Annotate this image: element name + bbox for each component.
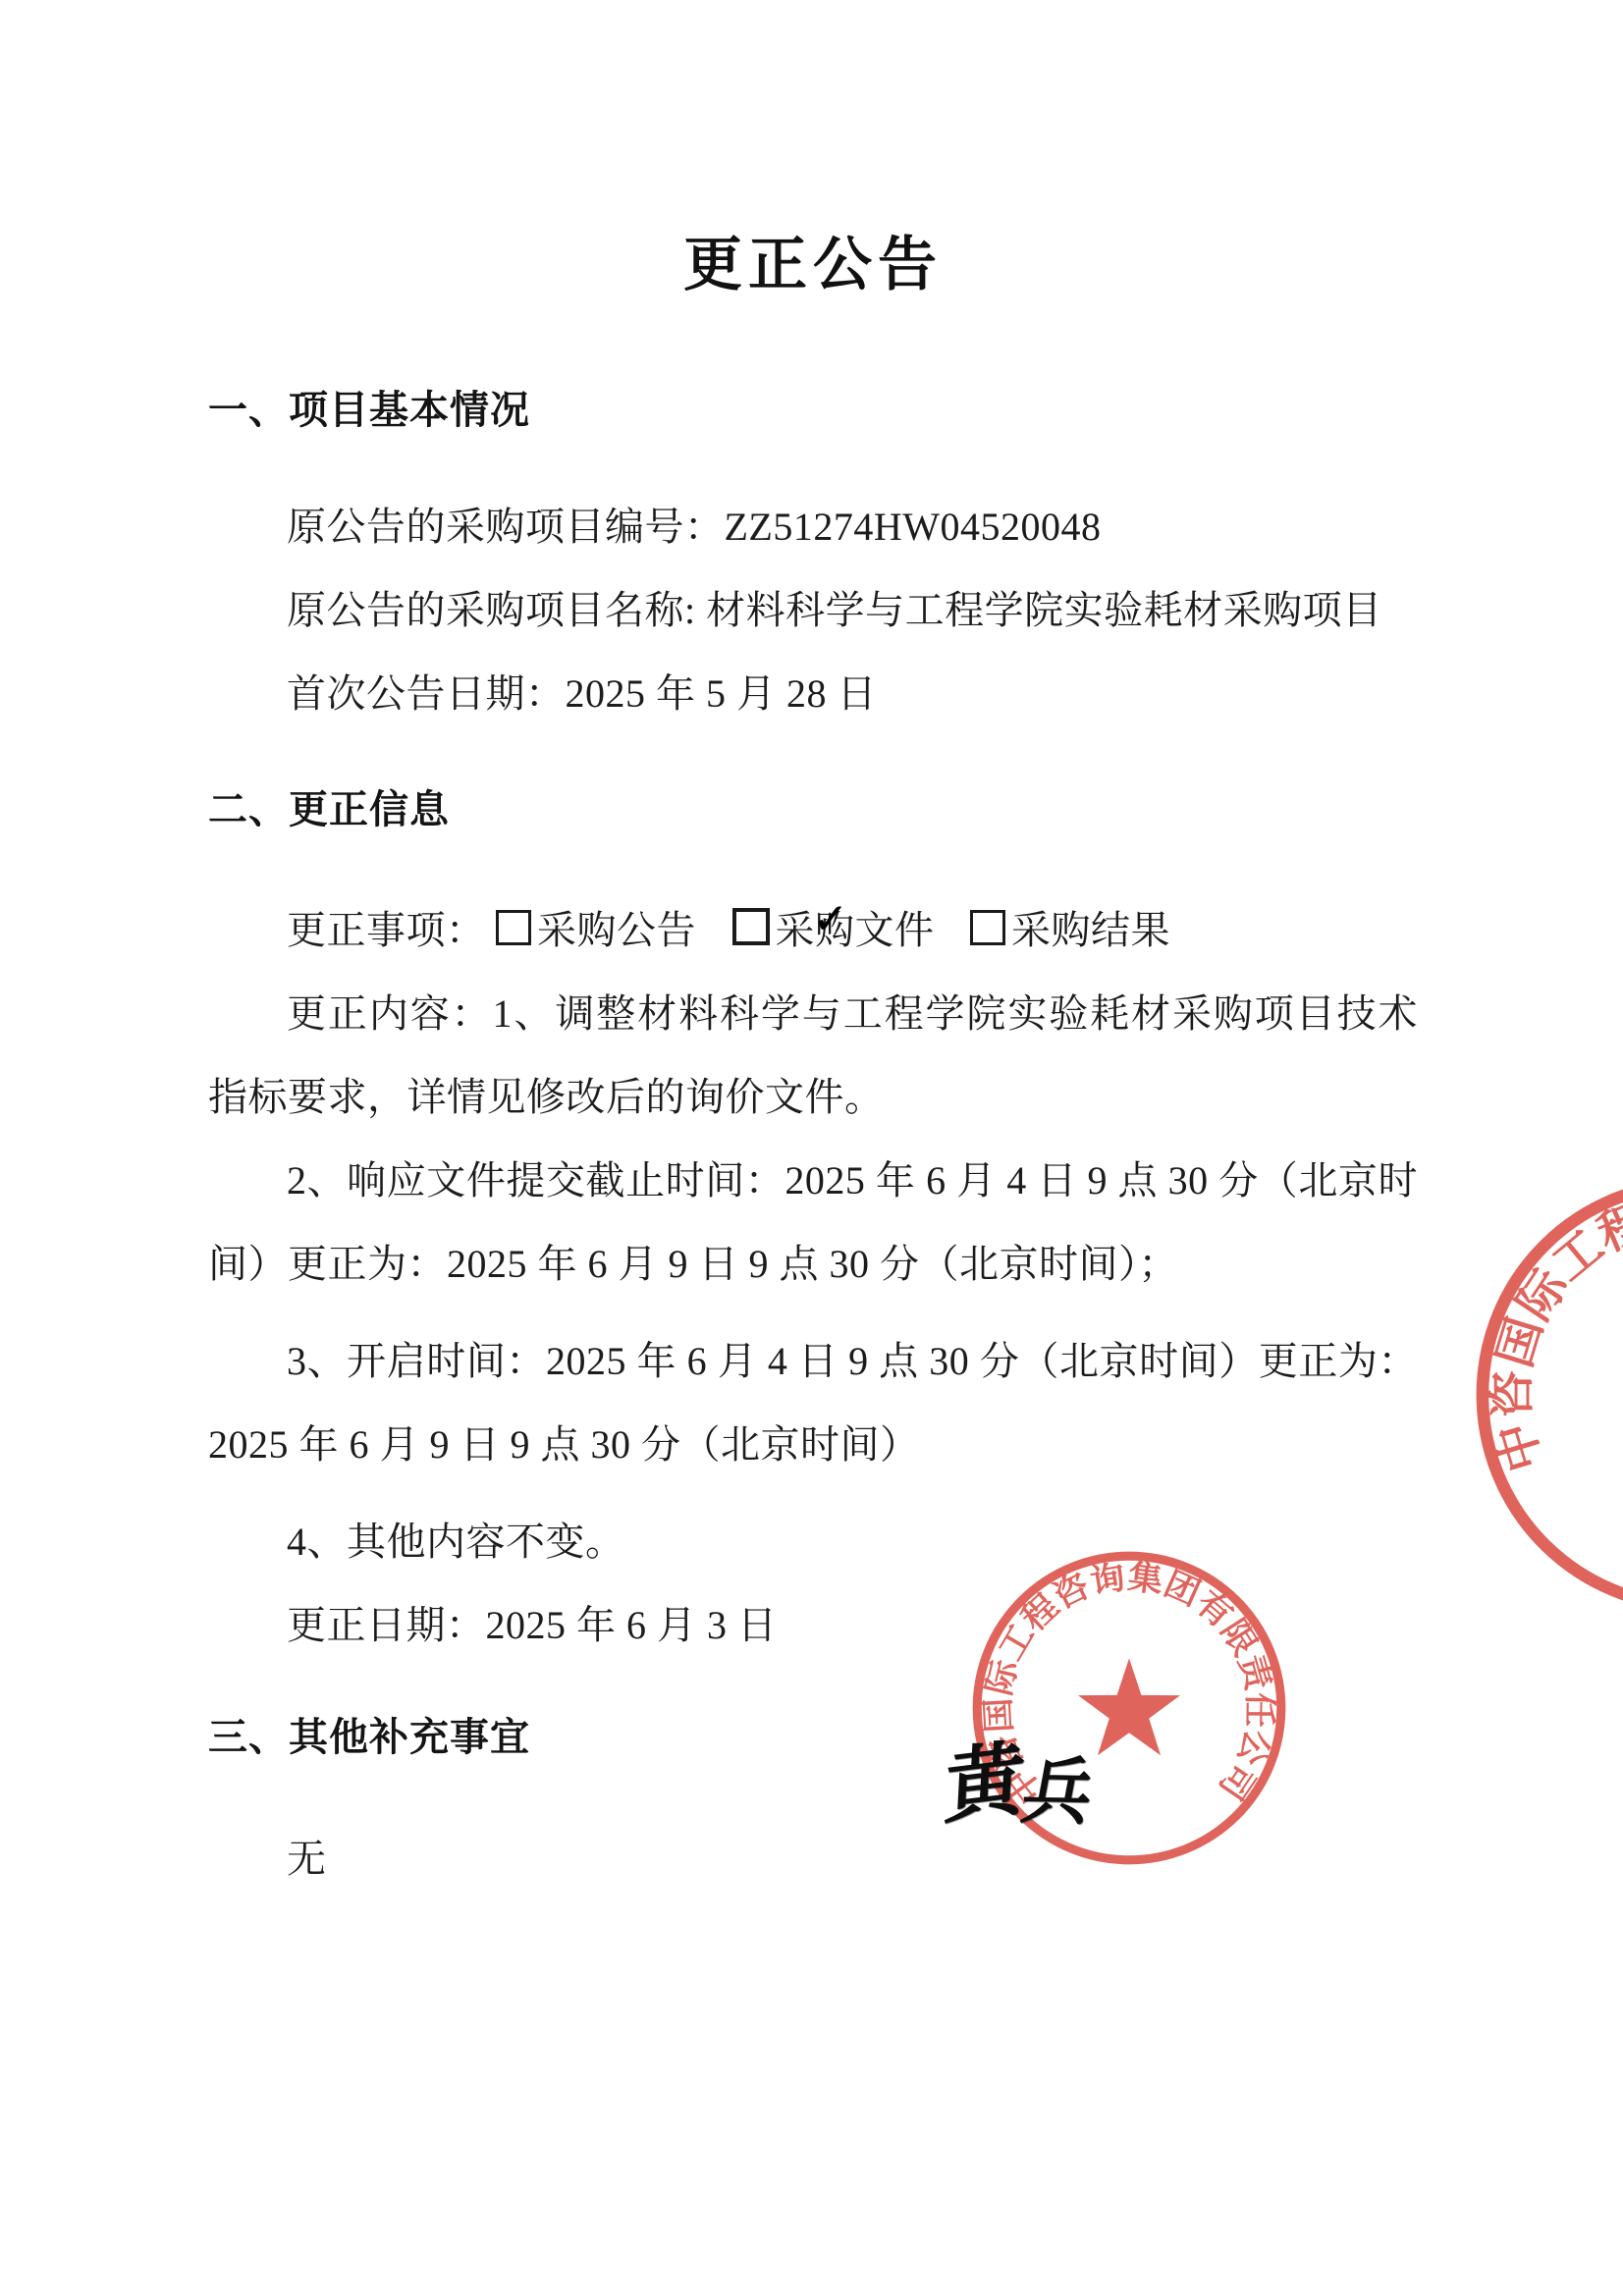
checkbox-checked-icon: ✓ <box>732 908 770 945</box>
check-mark-icon: ✓ <box>734 898 849 941</box>
signature-char: 黄 <box>943 1732 1022 1837</box>
field-project-number: 原公告的采购项目编号：ZZ51274HW04520048 <box>208 485 1418 568</box>
section-heading-project-info: 一、项目基本情况 <box>208 387 1418 434</box>
seal-star-icon <box>1604 1306 1623 1481</box>
paragraph-correction-content: 更正内容：1、调整材料科学与工程学院实验耗材采购项目技术指标要求，详情见修改后的… <box>208 972 1418 1139</box>
checkbox-label: 采购公告 <box>537 908 696 952</box>
field-project-name: 原公告的采购项目名称: 材料科学与工程学院实验耗材采购项目 <box>208 568 1418 652</box>
paragraph-opening-time-change: 3、开启时间：2025 年 6 月 4 日 9 点 30 分（北京时间）更正为：… <box>208 1319 1418 1486</box>
checkbox-label: 采购结果 <box>1011 908 1170 952</box>
document-page: 更正公告 一、项目基本情况 原公告的采购项目编号：ZZ51274HW045200… <box>0 0 1623 2296</box>
document-title: 更正公告 <box>208 0 1418 300</box>
correction-items-row: 更正事项： 采购公告 ✓采购文件 采购结果 <box>208 888 1418 972</box>
checkbox-unchecked-icon <box>970 910 1005 945</box>
checkbox-unchecked-icon <box>496 910 531 945</box>
checkbox-item-procurement-result: 采购结果 <box>970 908 1170 952</box>
paragraph-deadline-change: 2、响应文件提交截止时间：2025 年 6 月 4 日 9 点 30 分（北京时… <box>208 1139 1418 1306</box>
checkbox-item-procurement-document: ✓采购文件 <box>732 908 946 952</box>
section-heading-correction-info: 二、更正信息 <box>208 786 1418 833</box>
correction-items-label: 更正事项： <box>287 908 486 952</box>
company-seal-right-edge: 中咨国际工程咨询集团有限责任公司 <box>1393 1095 1623 1696</box>
handwritten-signature: 黄兵 <box>942 1707 1086 1841</box>
field-first-announcement-date: 首次公告日期：2025 年 5 月 28 日 <box>208 652 1418 735</box>
checkbox-item-procurement-announcement: 采购公告 <box>496 908 707 952</box>
